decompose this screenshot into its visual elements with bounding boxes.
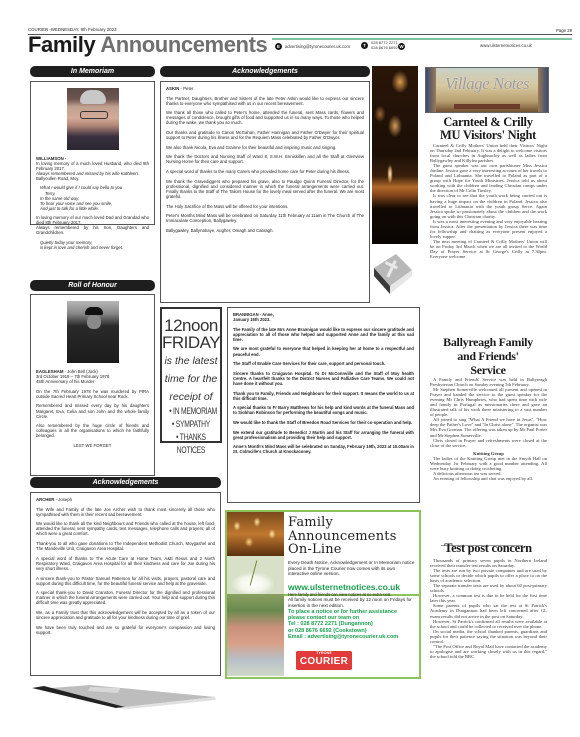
lest-we-forget: LEST WE FORGET xyxy=(36,443,149,448)
online-promo: Family Announcements On-Line Every Death… xyxy=(225,510,421,596)
carnteel-headline: Carnteel & Crilly MU Visitors' Night xyxy=(425,116,551,142)
candle-image xyxy=(372,66,418,244)
promo-contact: To place a notice or for further assista… xyxy=(288,609,417,640)
acknowledgements-banner-top: Acknowledgements xyxy=(160,66,370,77)
in-memoriam-banner: In Memoriam xyxy=(30,66,155,77)
phone-cookstown: 028 8676 6692 xyxy=(371,45,398,50)
deadline-box: 12noon FRIDAY is the latest time for the… xyxy=(160,307,222,443)
book-decoration-icon xyxy=(30,683,216,709)
eaglesham-notice: EAGLESHAM - John Bell (Jock) 3rd October… xyxy=(30,294,155,476)
email-icon: E xyxy=(275,43,282,50)
archer-notice: ARCHER - Joseph The Wife and Family of t… xyxy=(30,492,221,676)
promo-body: Every Death Notice, Acknowledgement or I… xyxy=(288,560,415,577)
promo-deadline: All family notices must be received by 1… xyxy=(288,597,415,608)
phone-contact: T 028 8772 2271 028 8676 6692 xyxy=(361,40,398,50)
page-number: Page 29 xyxy=(556,28,572,33)
lily-image xyxy=(227,556,284,597)
email-address[interactable]: advertising@tyronecourier.uk.com xyxy=(285,44,350,49)
promo-heading: Family Announcements On-Line xyxy=(288,516,397,557)
web-contact: W xyxy=(398,43,408,50)
brannigan-notice: BRANNIGAN - Anne, January 16th 2023. The… xyxy=(227,307,420,503)
online-promo-lower: All family notices must be received by 1… xyxy=(225,594,421,679)
header-green-rule xyxy=(272,38,572,40)
memorial-verse: What I would give if I could say hello t… xyxy=(36,185,149,210)
eaglesham-photo xyxy=(67,301,119,363)
family-hug-image xyxy=(227,594,284,676)
website-link[interactable]: www.ulsternetnotices.co.uk xyxy=(480,43,532,48)
village-notes-banner: Village Notes xyxy=(425,67,549,113)
acknowledgements-banner-bottom: Acknowledgements xyxy=(30,477,221,488)
ballyreagh-headline: Ballyreagh Family and Friends' Service xyxy=(425,335,551,377)
web-icon: W xyxy=(398,43,405,50)
askin-notice: ASKIN - Peter The Partner, Daughters, Br… xyxy=(160,81,370,303)
email-contact: E advertising@tyronecourier.uk.com xyxy=(275,43,350,50)
williamson-photo xyxy=(67,88,119,150)
roll-of-honour-banner: Roll of Honour xyxy=(30,280,155,291)
title-announcements: Announcements xyxy=(100,32,267,57)
tyrone-courier-logo: TYRONE COURIER xyxy=(296,651,352,670)
ballyreagh-article: A Family and Friends' Service was held i… xyxy=(430,377,547,481)
promo-url[interactable]: www.ulsternetnotices.co.uk xyxy=(288,582,400,592)
test-post-article: Thousands of primary seven pupils in Nor… xyxy=(430,558,547,659)
title-family: Family xyxy=(28,32,95,57)
carnteel-article: Carnteel & Crilly Mothers' Union held th… xyxy=(430,143,547,259)
phone-icon: T xyxy=(361,42,368,49)
page-title: Family Announcements xyxy=(28,34,267,56)
williamson-notice: WILLIAMSON - In loving memory of a much … xyxy=(30,81,155,225)
bible-icon xyxy=(370,250,414,296)
candles-image xyxy=(227,512,284,556)
memorial-verse-2: Quietly today your memory, is kept in lo… xyxy=(36,240,149,250)
test-post-headline: Test post concern xyxy=(425,541,551,555)
